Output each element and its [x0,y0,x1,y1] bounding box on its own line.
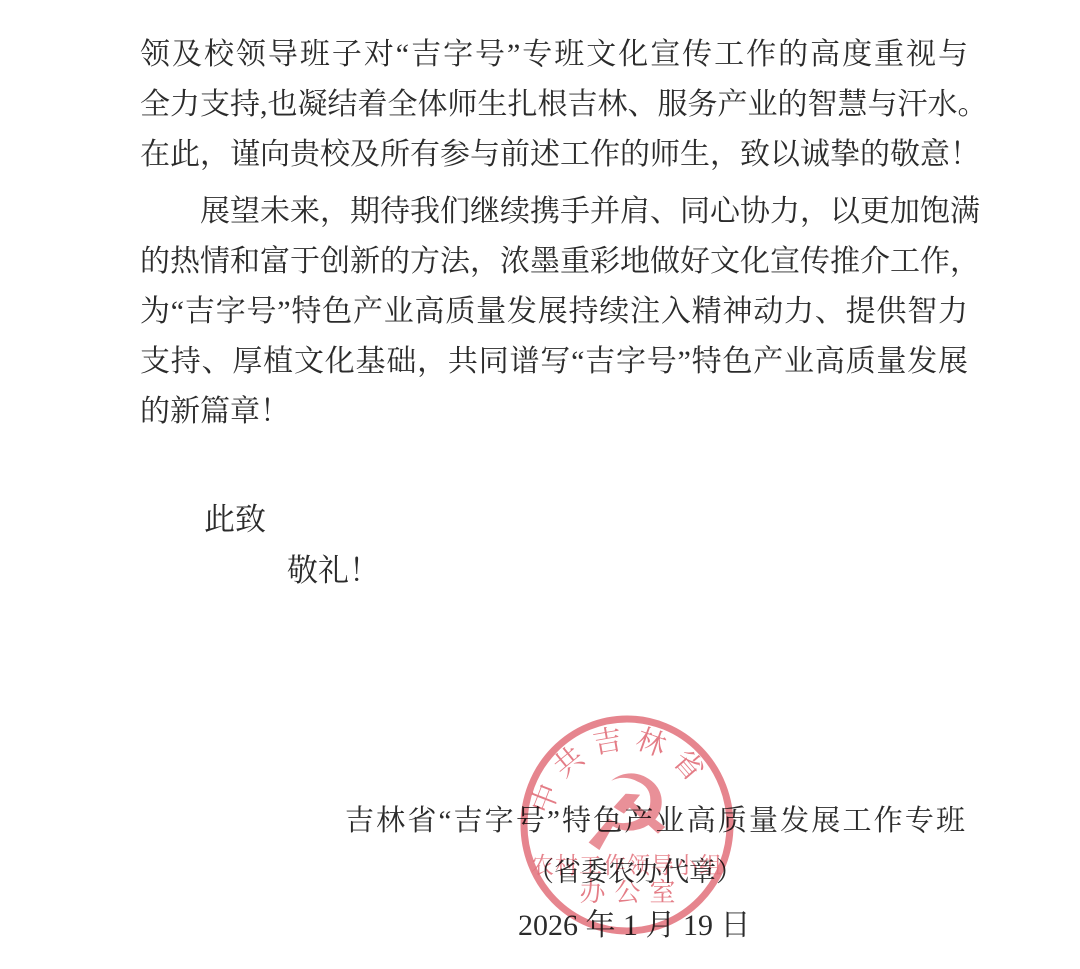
body-line-3: 在此，谨向贵校及所有参与前述工作的师生，致以诚挚的敬意！ [140,130,968,180]
signature-date: 2026 年 1 月 19 日 [518,900,751,944]
signature-org: 吉林省“吉字号”特色产业高质量发展工作专班 [345,798,965,839]
body-line-2: 全力支持,也凝结着全体师生扎根吉林、服务产业的智慧与汗水。 [140,80,968,130]
body-line-6: 为“吉字号”特色产业高质量发展持续注入精神动力、提供智力 [140,287,968,337]
body-line-4: 展望未来，期待我们继续携手并肩、同心协力，以更加饱满 [140,187,968,237]
body-line-7: 支持、厚植文化基础，共同谱写“吉字号”特色产业高质量发展 [140,337,968,387]
closing-salute: 敬礼！ [287,545,380,590]
body-line-1: 领及校领导班子对“吉字号”专班文化宣传工作的高度重视与 [140,30,968,80]
signature-proxy-note: （省委农办代章） [527,850,741,889]
body-line-5: 的热情和富于创新的方法，浓墨重彩地做好文化宣传推介工作， [140,237,968,287]
letter-body: 领及校领导班子对“吉字号”专班文化宣传工作的高度重视与 全力支持,也凝结着全体师… [140,30,968,437]
body-line-8: 的新篇章！ [140,387,968,437]
closing-regards: 此致 [204,494,266,539]
scanned-letter-page: 领及校领导班子对“吉字号”专班文化宣传工作的高度重视与 全力支持,也凝结着全体师… [0,0,1080,969]
